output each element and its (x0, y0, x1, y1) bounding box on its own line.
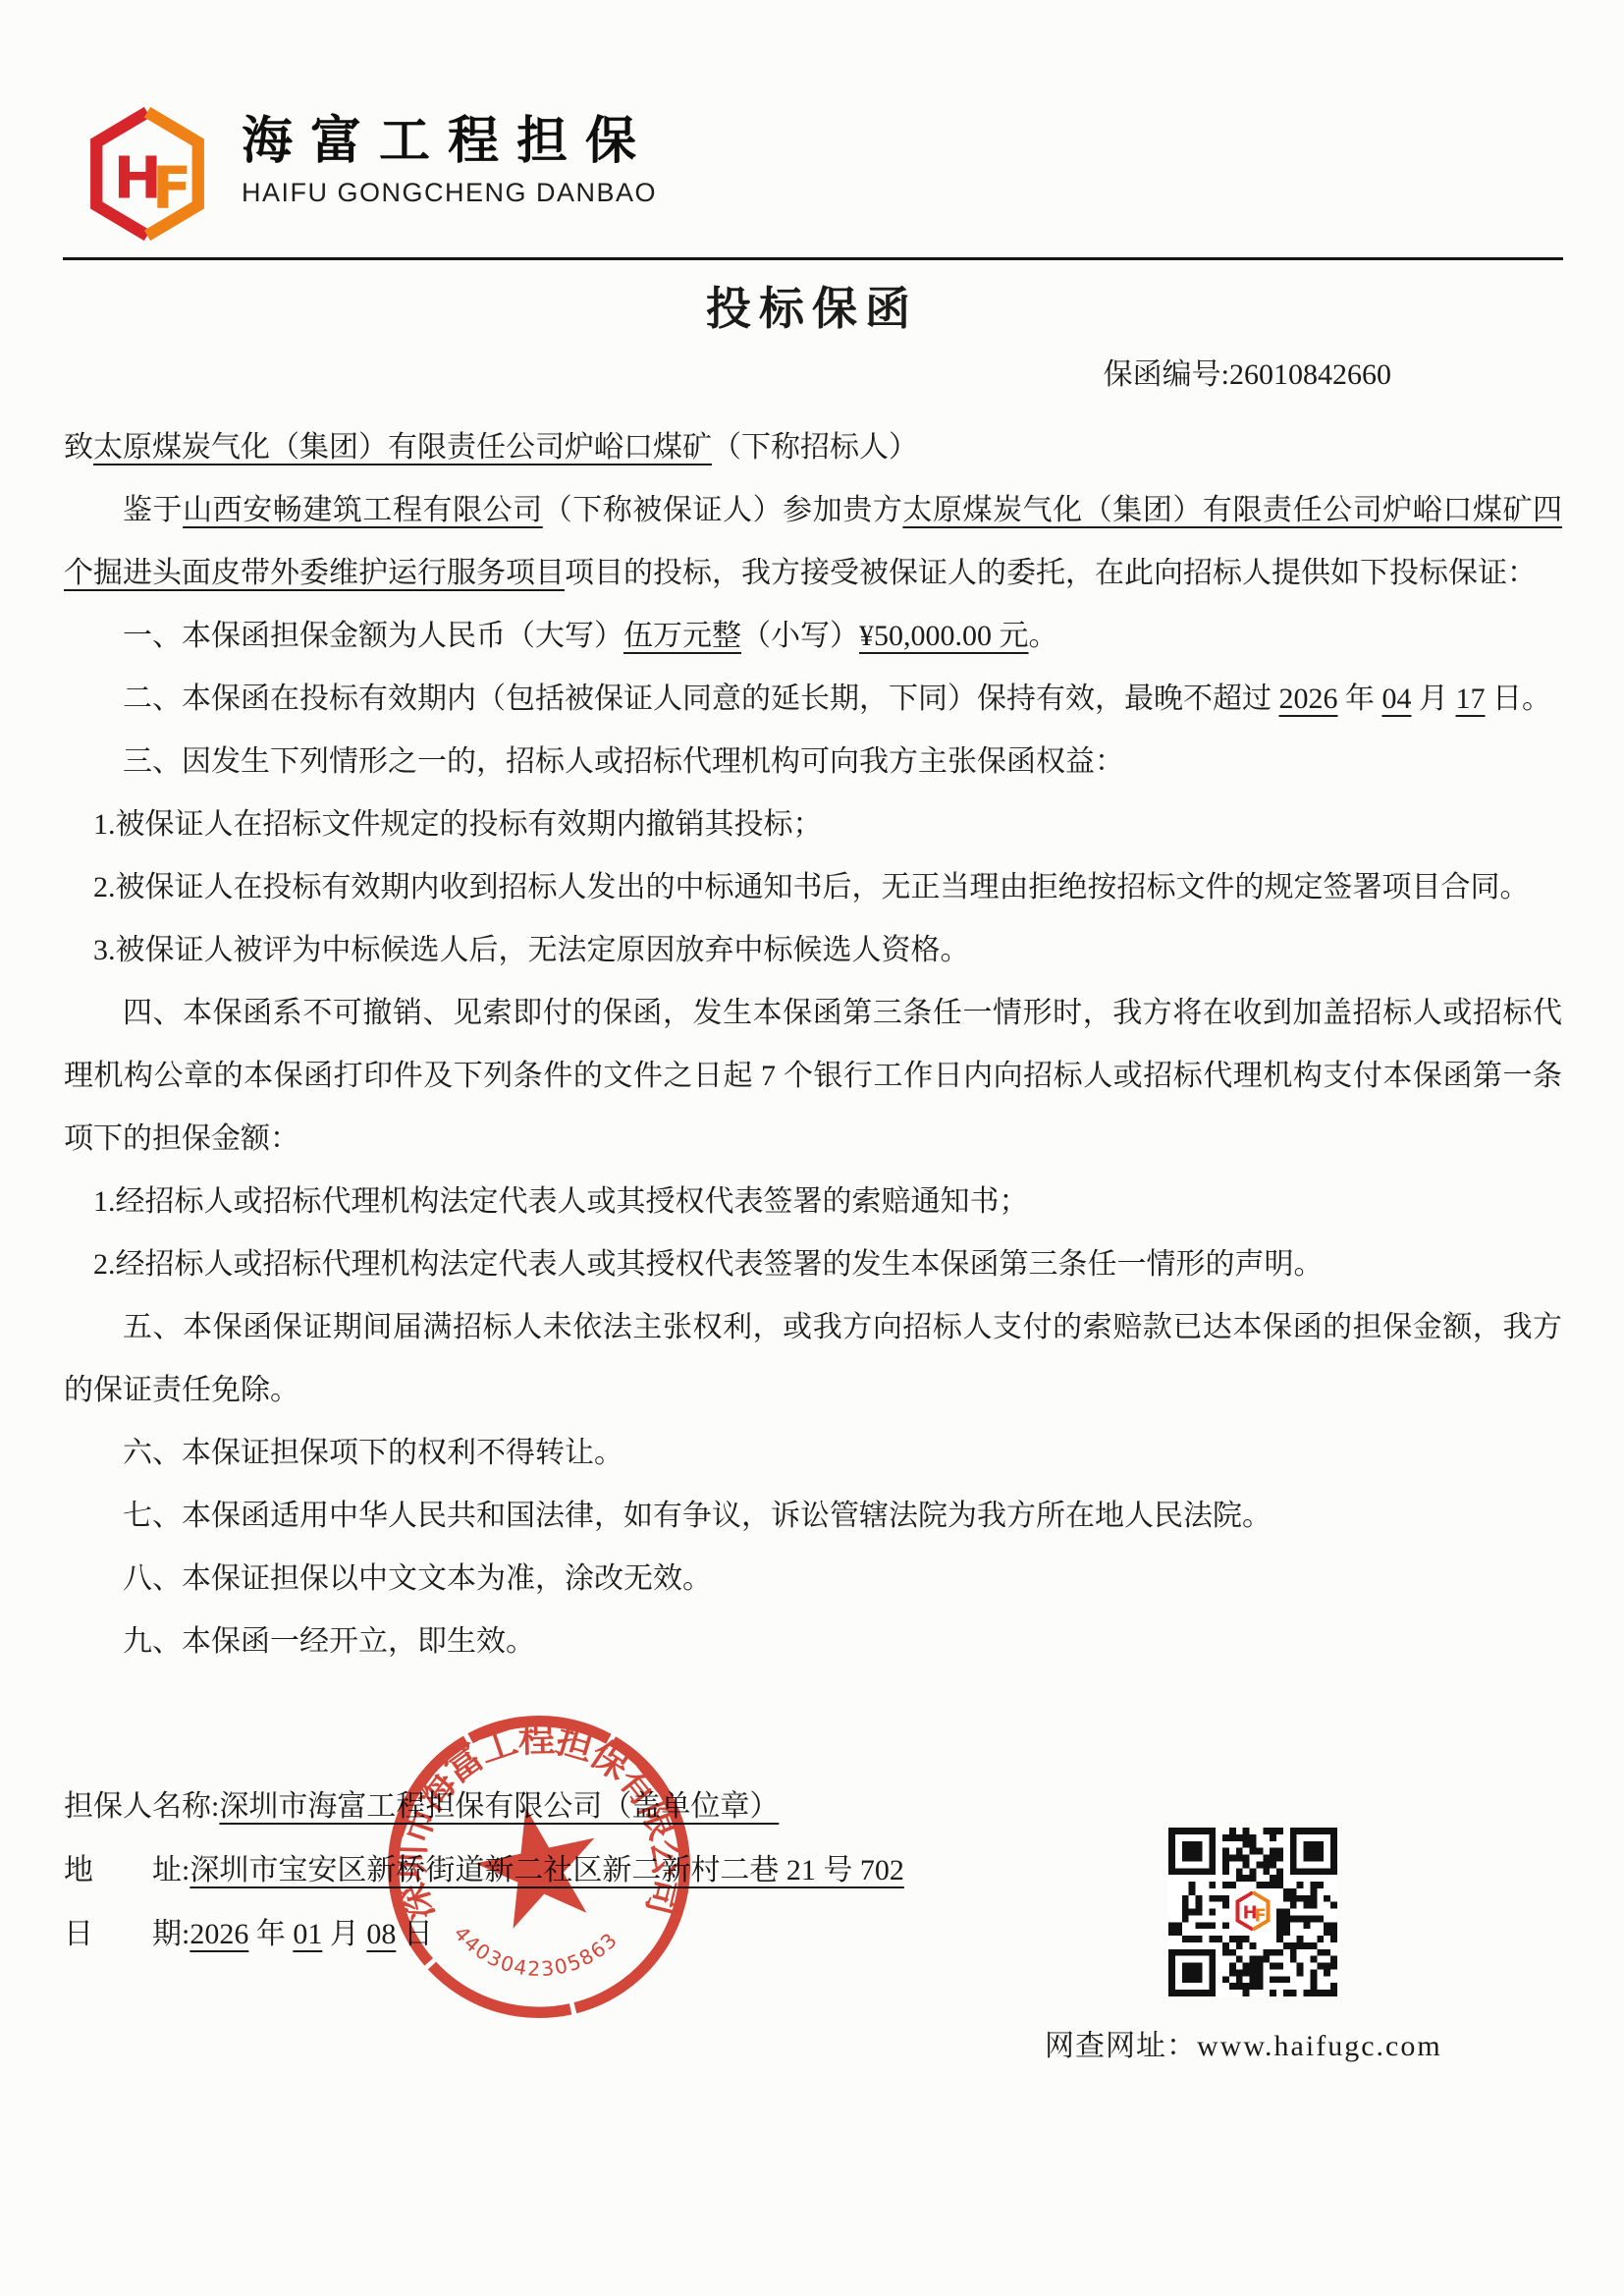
paragraph: 2.被保证人在投标有效期内收到招标人发出的中标通知书后，无正当理由拒绝按招标文件… (64, 856, 1562, 919)
text: 年 (248, 1918, 293, 1950)
text: 2.被保证人在投标有效期内收到招标人发出的中标通知书后，无正当理由拒绝按招标文件… (93, 871, 1530, 903)
verification-url-value: www.haifugc.com (1197, 2030, 1442, 2062)
paragraph: 七、本保函适用中华人民共和国法律，如有争议，诉讼管辖法院为我方所在地人民法院。 (64, 1485, 1562, 1548)
body-text: 致太原煤炭气化（集团）有限责任公司炉峪口煤矿（下称招标人）鉴于山西安畅建筑工程有… (64, 416, 1562, 1673)
text: 五、本保函保证期间届满招标人未依法主张权利，或我方向招标人支付的索赔款已达本保函… (64, 1311, 1562, 1406)
text: 日 (396, 1918, 433, 1950)
verification-url-label: 网查网址： (1045, 2030, 1197, 2062)
header-divider (63, 257, 1563, 260)
guarantee-number-label: 保函编号: (1104, 358, 1229, 391)
underlined-text: 17 (1456, 683, 1486, 715)
text: 3.被保证人被评为中标候选人后，无法定原因放弃中标候选人资格。 (93, 934, 970, 966)
text: （下称招标人） (712, 431, 918, 464)
underlined-text: 山西安畅建筑工程有限公司 (183, 494, 543, 526)
text: 2.经招标人或招标代理机构法定代表人或其授权代表签署的发生本保函第三条任一情形的… (93, 1248, 1324, 1281)
text: 四、本保函系不可撤销、见索即付的保函，发生本保函第三条任一情形时，我方将在收到加… (64, 997, 1562, 1155)
text: 二、本保函在投标有效期内（包括被保证人同意的延长期，下同）保持有效，最晚不超过 (123, 683, 1279, 715)
underlined-text: 太原煤炭气化（集团）有限责任公司炉峪口煤矿 (93, 431, 712, 464)
text: 月 (1412, 683, 1456, 715)
underlined-text: 01 (293, 1918, 322, 1950)
underlined-text: 2026 (189, 1918, 248, 1950)
footer-field-value: 深圳市宝安区新桥街道新二社区新二新村二巷 21 号 702 (189, 1845, 904, 1888)
qr-code (1168, 1828, 1337, 1996)
verification-url: 网查网址：www.haifugc.com (1045, 2021, 1442, 2064)
haifu-logo-icon (84, 106, 210, 242)
paragraph: 六、本保证担保项下的权利不得转让。 (64, 1422, 1562, 1485)
paragraph: 八、本保证担保以中文文本为准，涂改无效。 (64, 1548, 1562, 1611)
document-title: 投标保函 (0, 273, 1624, 338)
paragraph: 鉴于山西安畅建筑工程有限公司（下称被保证人）参加贵方太原煤炭气化（集团）有限责任… (64, 479, 1562, 605)
underlined-text: 深圳市海富工程担保有限公司（盖单位章） (219, 1790, 779, 1823)
text: 致 (64, 431, 93, 464)
paragraph: 2.经招标人或招标代理机构法定代表人或其授权代表签署的发生本保函第三条任一情形的… (64, 1233, 1562, 1296)
guarantee-number-value: 26010842660 (1229, 358, 1391, 391)
paragraph: 1.被保证人在招标文件规定的投标有效期内撤销其投标； (64, 793, 1562, 856)
text: 八、本保证担保以中文文本为准，涂改无效。 (123, 1562, 712, 1595)
paragraph: 3.被保证人被评为中标候选人后，无法定原因放弃中标候选人资格。 (64, 919, 1562, 982)
text: 1.经招标人或招标代理机构法定代表人或其授权代表签署的索赔通知书； (93, 1185, 1029, 1218)
footer-field-row: 地 址:深圳市宝安区新桥街道新二社区新二新村二巷 21 号 702 (64, 1834, 904, 1898)
text: 月 (322, 1918, 366, 1950)
guarantee-number: 保函编号:26010842660 (1104, 350, 1391, 393)
brand-name-en: HAIFU GONGCHENG DANBAO (242, 178, 657, 208)
text: （下称被保证人）参加贵方 (543, 494, 903, 526)
paragraph: 致太原煤炭气化（集团）有限责任公司炉峪口煤矿（下称招标人） (64, 416, 1562, 479)
text: 。 (1029, 620, 1058, 652)
brand-name-cn: 海富工程担保 (242, 114, 657, 170)
underlined-text: 深圳市宝安区新桥街道新二社区新二新村二巷 21 号 702 (189, 1854, 904, 1886)
paragraph: 一、本保函担保金额为人民币（大写）伍万元整（小写）¥50,000.00 元。 (64, 605, 1562, 668)
paragraph: 1.经招标人或招标代理机构法定代表人或其授权代表签署的索赔通知书； (64, 1171, 1562, 1233)
paragraph: 九、本保函一经开立，即生效。 (64, 1611, 1562, 1673)
text: （小写） (741, 620, 859, 652)
text: 七、本保函适用中华人民共和国法律，如有争议，诉讼管辖法院为我方所在地人民法院。 (123, 1500, 1272, 1532)
text: 三、因发生下列情形之一的，招标人或招标代理机构可向我方主张保函权益： (123, 745, 1124, 778)
footer-field-label: 日 期: (64, 1909, 189, 1952)
footer-fields: 担保人名称:深圳市海富工程担保有限公司（盖单位章）地 址:深圳市宝安区新桥街道新… (64, 1771, 904, 1962)
underlined-text: 伍万元整 (623, 620, 741, 652)
text: 九、本保函一经开立，即生效。 (123, 1625, 535, 1658)
underlined-text: 2026 (1279, 683, 1338, 715)
text: 1.被保证人在招标文件规定的投标有效期内撤销其投标； (93, 808, 823, 841)
document-page: H F 海富工程担保 HAIFU GONGCHENG DANBAO 投标保函 保… (0, 0, 1624, 2296)
underlined-text: ¥50,000.00 元 (859, 620, 1029, 652)
text: 一、本保函担保金额为人民币（大写） (123, 620, 623, 652)
footer-field-row: 日 期:2026 年 01 月 08 日 (64, 1898, 904, 1962)
paragraph: 四、本保函系不可撤销、见索即付的保函，发生本保函第三条任一情形时，我方将在收到加… (64, 982, 1562, 1171)
text: 六、本保证担保项下的权利不得转让。 (123, 1437, 623, 1469)
underlined-text: 04 (1382, 683, 1412, 715)
underlined-text: 08 (366, 1918, 396, 1950)
footer-field-row: 担保人名称:深圳市海富工程担保有限公司（盖单位章） (64, 1771, 904, 1834)
footer-field-label: 担保人名称: (64, 1781, 219, 1825)
text: 鉴于 (123, 494, 183, 526)
brand-header: 海富工程担保 HAIFU GONGCHENG DANBAO (84, 106, 657, 242)
paragraph: 二、本保函在投标有效期内（包括被保证人同意的延长期，下同）保持有效，最晚不超过 … (64, 668, 1562, 731)
footer-field-value: 深圳市海富工程担保有限公司（盖单位章） (219, 1781, 779, 1825)
footer-field-value: 2026 年 01 月 08 日 (189, 1909, 433, 1952)
text: 年 (1338, 683, 1382, 715)
footer-field-label: 地 址: (64, 1845, 189, 1888)
paragraph: 五、本保函保证期间届满招标人未依法主张权利，或我方向招标人支付的索赔款已达本保函… (64, 1296, 1562, 1422)
paragraph: 三、因发生下列情形之一的，招标人或招标代理机构可向我方主张保函权益： (64, 731, 1562, 793)
text: 日。 (1486, 683, 1552, 715)
text: 项目的投标，我方接受被保证人的委托，在此向招标人提供如下投标保证： (565, 557, 1537, 589)
brand-text: 海富工程担保 HAIFU GONGCHENG DANBAO (242, 106, 657, 208)
